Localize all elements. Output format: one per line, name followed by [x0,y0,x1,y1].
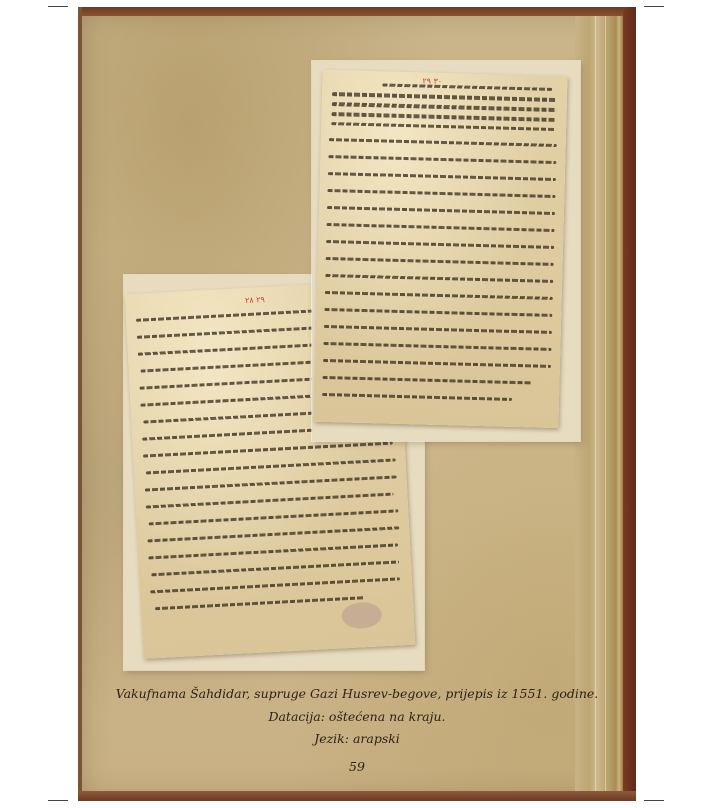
text-line [324,308,552,317]
text-line [382,83,552,90]
text-line [328,172,556,181]
text-line [148,543,398,559]
caption-language: Jezik: arapski [78,731,636,746]
page-left-border [78,7,82,801]
spine-line [595,16,596,791]
text-line [325,274,553,283]
crop-mark-bottom-left [48,800,68,801]
text-line [143,442,393,458]
caption-dating: Datacija: oštećena na kraju. [78,709,636,724]
text-line [323,359,551,368]
text-line [327,223,555,232]
page-bottom-border [78,791,636,801]
text-line [323,376,533,384]
text-line [327,189,555,198]
page-number: 59 [78,759,636,774]
folio-note: ٢٩ ٢٨ [245,295,265,305]
text-line [151,560,399,576]
text-line [326,257,554,266]
text-line [150,577,400,593]
text-line [145,475,397,491]
caption-title: Vakufnama Šahdidar, supruge Gazi Husrev-… [78,686,636,701]
crop-mark-bottom-right [644,800,664,801]
page-right-border [623,7,636,801]
page-top-border [78,7,636,16]
text-line [325,291,553,300]
spine-line [605,16,606,791]
crop-mark-top-right [644,6,664,7]
crop-mark-top-left [48,6,68,7]
text-line [329,138,557,147]
text-line [331,112,556,122]
right-manuscript-image: ٣٠ ٢٩ [313,70,567,428]
book-page: ٢٩ ٢٨ ٣٠ ٢٩ [78,7,636,801]
text-line [324,325,552,334]
text-line [146,493,394,509]
ink-stain [341,601,382,629]
text-line [155,596,365,610]
text-line [327,206,555,215]
page-spine-strip [575,16,623,791]
text-line [332,92,557,102]
text-line [322,393,512,401]
text-line [147,526,399,542]
text-line [332,102,557,112]
text-line [323,342,551,351]
text-line [331,122,556,131]
text-line [328,155,556,164]
text-line [149,509,399,525]
text-line [146,458,396,474]
text-line [326,240,554,249]
